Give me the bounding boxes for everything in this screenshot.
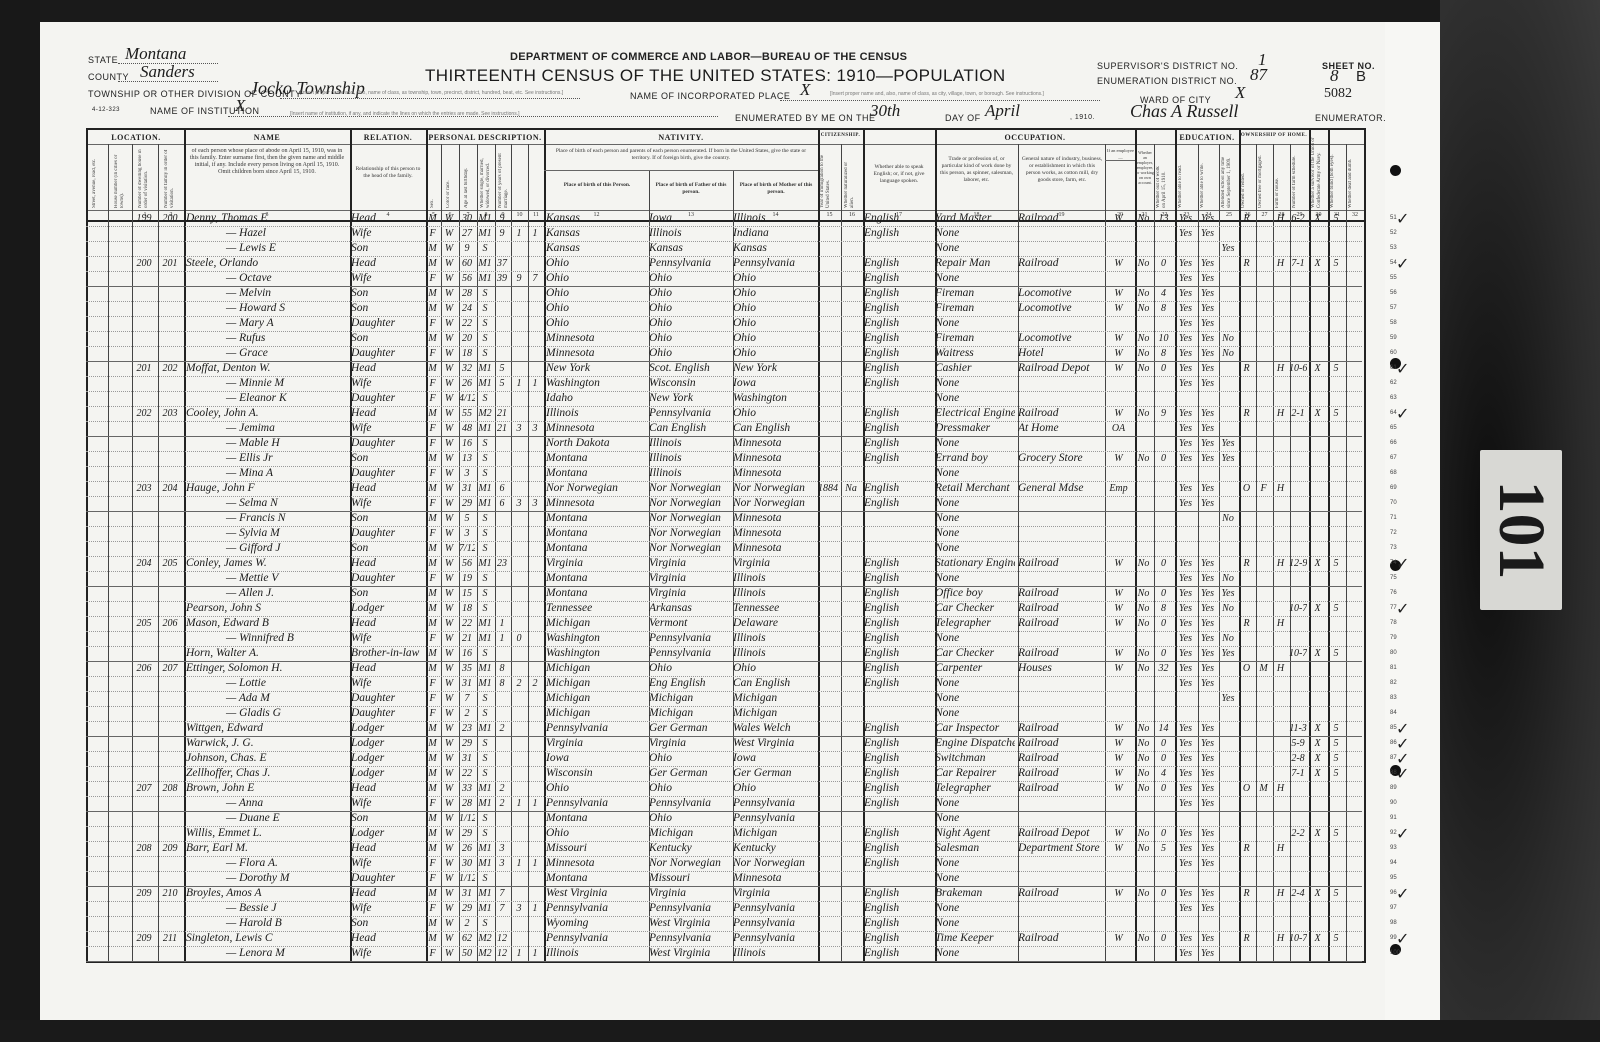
family-number (158, 601, 182, 616)
blind (1328, 421, 1344, 436)
farm-schedule (1289, 226, 1307, 241)
owned-rented (1239, 376, 1254, 391)
sex: F (426, 571, 439, 586)
person-name: Denny, Thomas E (186, 211, 348, 226)
out-of-work: No (1135, 616, 1152, 631)
can-read (1175, 706, 1196, 721)
birthplace-mother: New York (733, 361, 815, 376)
birthplace-father: Michigan (649, 826, 731, 841)
can-read (1175, 541, 1196, 556)
scan-border-bottom (0, 1020, 1600, 1042)
can-read: Yes (1175, 376, 1196, 391)
years-married: 1 (495, 631, 509, 646)
years-married: 2 (495, 796, 509, 811)
sheet-stamp: 5082 (1324, 86, 1352, 102)
trade: Car Repairer (935, 766, 1015, 781)
birthplace-person: Idaho (546, 391, 646, 406)
children-born: 0 (512, 631, 526, 646)
weeks-out (1154, 541, 1173, 556)
children-living (528, 736, 542, 751)
age: 9 (459, 241, 475, 256)
farm-schedule: 11-3 (1289, 721, 1307, 736)
birthplace-mother: Minnesota (733, 526, 815, 541)
sex: M (426, 481, 439, 496)
can-write: Yes (1198, 226, 1217, 241)
children-living: 1 (528, 901, 542, 916)
free-mortgaged (1256, 916, 1271, 931)
attended-school (1219, 406, 1237, 421)
birthplace-person: Virginia (546, 556, 646, 571)
veteran (1309, 871, 1326, 886)
veteran (1309, 271, 1326, 286)
children-born (512, 871, 526, 886)
birthplace-mother: Ohio (733, 301, 815, 316)
children-living: 2 (528, 676, 542, 691)
employer-status (1105, 526, 1132, 541)
line-number: 66 (1390, 440, 1397, 446)
dwelling-number (132, 721, 156, 736)
naturalization (841, 391, 861, 406)
naturalization (841, 316, 861, 331)
line-number: 90 (1390, 800, 1397, 806)
checkmark-icon: ✓ (1396, 554, 1409, 573)
owned-rented (1239, 601, 1254, 616)
free-mortgaged (1256, 751, 1271, 766)
sex: M (426, 826, 439, 841)
dwelling-number (132, 286, 156, 301)
trade: Car Inspector (935, 721, 1015, 736)
attended-school (1219, 316, 1237, 331)
can-read: Yes (1175, 781, 1196, 796)
marital-status: M1 (477, 211, 493, 226)
trade: None (935, 691, 1015, 706)
owned-rented (1239, 751, 1254, 766)
farm-schedule (1289, 391, 1307, 406)
line-number: 97 (1390, 905, 1397, 911)
can-read: Yes (1175, 841, 1196, 856)
marital-status: M1 (477, 361, 493, 376)
children-born (512, 811, 526, 826)
blind (1328, 586, 1344, 601)
can-read: Yes (1175, 751, 1196, 766)
sex: M (426, 286, 439, 301)
race: W (441, 331, 457, 346)
industry (1018, 676, 1102, 691)
sex: F (426, 631, 439, 646)
attended-school (1219, 946, 1237, 961)
institution-hint: [Insert name of institution, if any, and… (290, 111, 519, 117)
farm-house (1273, 676, 1288, 691)
can-read: Yes (1175, 721, 1196, 736)
age: 24 (459, 301, 475, 316)
sex: F (426, 676, 439, 691)
birthplace-father: Pennsylvania (649, 646, 731, 661)
relation: Wife (351, 421, 423, 436)
age: 62 (459, 931, 475, 946)
out-of-work (1135, 421, 1152, 436)
can-read (1175, 466, 1196, 481)
language (864, 526, 932, 541)
out-of-work: No (1135, 286, 1152, 301)
owned-rented: O (1239, 481, 1254, 496)
birthplace-father: Missouri (649, 871, 731, 886)
can-write: Yes (1198, 316, 1217, 331)
weeks-out (1154, 916, 1173, 931)
farm-schedule (1289, 901, 1307, 916)
farm-house (1273, 751, 1288, 766)
can-write: Yes (1198, 751, 1217, 766)
years-married (495, 706, 509, 721)
marital-status: S (477, 646, 493, 661)
free-mortgaged (1256, 436, 1271, 451)
children-born (512, 481, 526, 496)
children-living (528, 361, 542, 376)
can-read: Yes (1175, 766, 1196, 781)
veteran (1309, 421, 1326, 436)
children-born (512, 556, 526, 571)
employer-status: W (1105, 826, 1132, 841)
free-mortgaged (1256, 286, 1271, 301)
birthplace-father: Virginia (649, 556, 731, 571)
blind (1328, 631, 1344, 646)
naturalization (841, 211, 861, 226)
attended-school (1219, 781, 1237, 796)
free-mortgaged (1256, 676, 1271, 691)
children-born (512, 646, 526, 661)
blind (1328, 241, 1344, 256)
weeks-out (1154, 241, 1173, 256)
birthplace-person: Ohio (546, 781, 646, 796)
employer-status: W (1105, 751, 1132, 766)
attended-school: No (1219, 346, 1237, 361)
trade: None (935, 496, 1015, 511)
trade: Fireman (935, 286, 1015, 301)
age: 21 (459, 631, 475, 646)
children-living (528, 691, 542, 706)
veteran (1309, 511, 1326, 526)
table-row: 199200Denny, Thomas EHeadMW30M19KansasIo… (86, 211, 1366, 226)
farm-schedule: 10-7 (1289, 646, 1307, 661)
language: English (864, 796, 932, 811)
marital-status: S (477, 541, 493, 556)
birthplace-father: Kansas (649, 241, 731, 256)
free-mortgaged (1256, 691, 1271, 706)
children-born (512, 691, 526, 706)
birthplace-mother: Ohio (733, 271, 815, 286)
relation: Daughter (351, 316, 423, 331)
family-number (158, 346, 182, 361)
sex: M (426, 556, 439, 571)
blind (1328, 841, 1344, 856)
family-number (158, 946, 182, 961)
family-number (158, 871, 182, 886)
free-mortgaged (1256, 631, 1271, 646)
veteran: X (1309, 721, 1326, 736)
attended-school (1219, 826, 1237, 841)
birthplace-person: Missouri (546, 841, 646, 856)
immigration-year (817, 646, 839, 661)
family-number (158, 376, 182, 391)
naturalization (841, 601, 861, 616)
can-write (1198, 511, 1217, 526)
can-write: Yes (1198, 841, 1217, 856)
birthplace-person: Nor Norwegian (546, 481, 646, 496)
line-number: 67 (1390, 455, 1397, 461)
weeks-out (1154, 391, 1173, 406)
relation: Head (351, 781, 423, 796)
relation: Lodger (351, 721, 423, 736)
years-married: 23 (495, 556, 509, 571)
years-married: 12 (495, 931, 509, 946)
trade: Stationary Engineer (935, 556, 1015, 571)
group-location: LOCATION. (88, 133, 184, 142)
veteran: X (1309, 256, 1326, 271)
owned-rented (1239, 241, 1254, 256)
owned-rented (1239, 826, 1254, 841)
attended-school (1219, 301, 1237, 316)
relation: Wife (351, 856, 423, 871)
can-read: Yes (1175, 856, 1196, 871)
age: 23 (459, 721, 475, 736)
language: English (864, 376, 932, 391)
farm-house (1273, 796, 1288, 811)
state-value: Montana (125, 44, 186, 64)
line-number: 83 (1390, 695, 1397, 701)
owned-rented (1239, 316, 1254, 331)
birthplace-person: Pennsylvania (546, 931, 646, 946)
years-married (495, 301, 509, 316)
table-row: — Mary ADaughterFW22SOhioOhioOhioEnglish… (86, 316, 1366, 331)
can-read: Yes (1175, 436, 1196, 451)
language: English (864, 496, 932, 511)
age: 1/12 (459, 811, 475, 826)
weeks-out (1154, 796, 1173, 811)
naturalization: Na (841, 481, 861, 496)
if-employee-note: If an employee— (1107, 147, 1134, 159)
industry (1018, 316, 1102, 331)
relation: Daughter (351, 436, 423, 451)
years-married (495, 826, 509, 841)
enumeration-number: 87 (1250, 65, 1267, 85)
incorporated-line (780, 99, 1100, 101)
can-write: Yes (1198, 676, 1217, 691)
free-mortgaged (1256, 646, 1271, 661)
group-divider (88, 144, 1364, 145)
age: 31 (459, 676, 475, 691)
family-number (158, 811, 182, 826)
table-row: — GraceDaughterFW18SMinnesotaOhioOhioEng… (86, 346, 1366, 361)
out-of-work (1135, 706, 1152, 721)
naturalization (841, 931, 861, 946)
trade: Engine Dispatcher (935, 736, 1015, 751)
owned-rented (1239, 496, 1254, 511)
naturalization (841, 346, 861, 361)
weeks-out: 8 (1154, 301, 1173, 316)
language: English (864, 751, 932, 766)
sheet-side: B (1356, 68, 1366, 85)
employer-status (1105, 901, 1132, 916)
language: English (864, 316, 932, 331)
trade: Car Checker (935, 646, 1015, 661)
language: English (864, 421, 932, 436)
relation: Wife (351, 226, 423, 241)
language: English (864, 916, 932, 931)
relation: Lodger (351, 751, 423, 766)
farm-house (1273, 496, 1288, 511)
birthplace-person: Kansas (546, 211, 646, 226)
write-note: Whether able to write. (1200, 148, 1218, 208)
industry (1018, 526, 1102, 541)
owned-rented (1239, 796, 1254, 811)
family-number (158, 436, 182, 451)
relation: Son (351, 811, 423, 826)
children-born: 1 (512, 796, 526, 811)
industry (1018, 946, 1102, 961)
children-born (512, 781, 526, 796)
attended-school (1219, 676, 1237, 691)
birthplace-person: Montana (546, 571, 646, 586)
race: W (441, 481, 457, 496)
language: English (864, 256, 932, 271)
table-row: — Selma NWifeFW29M1633MinnesotaNor Norwe… (86, 496, 1366, 511)
years-married (495, 541, 509, 556)
group-personal: PERSONAL DESCRIPTION. (426, 133, 544, 142)
farm-house (1273, 736, 1288, 751)
children-living (528, 571, 542, 586)
relation: Daughter (351, 466, 423, 481)
family-number (158, 451, 182, 466)
naturalization (841, 751, 861, 766)
race: W (441, 496, 457, 511)
immigration-year (817, 601, 839, 616)
sex: M (426, 886, 439, 901)
language: English (864, 301, 932, 316)
dwelling-number (132, 436, 156, 451)
trade: None (935, 706, 1015, 721)
marital-status: S (477, 346, 493, 361)
weeks-out (1154, 946, 1173, 961)
can-write: Yes (1198, 631, 1217, 646)
table-row: Willis, Emmet L.LodgerMW29SOhioMichiganM… (86, 826, 1366, 841)
language: English (864, 481, 932, 496)
birthplace-person: Minnesota (546, 856, 646, 871)
naturalization (841, 646, 861, 661)
language: English (864, 721, 932, 736)
table-row: — Ellis JrSonMW13SMontanaIllinoisMinneso… (86, 451, 1366, 466)
farm-house: H (1273, 556, 1288, 571)
age: 1/12 (459, 871, 475, 886)
weeks-out (1154, 316, 1173, 331)
children-living (528, 286, 542, 301)
can-write (1198, 916, 1217, 931)
blind (1328, 496, 1344, 511)
naturalization (841, 571, 861, 586)
out-of-work (1135, 916, 1152, 931)
children-living (528, 721, 542, 736)
years-married: 5 (495, 361, 509, 376)
attended-school (1219, 526, 1237, 541)
person-name: Pearson, John S (186, 601, 348, 616)
trade: Fireman (935, 331, 1015, 346)
blind: 5 (1328, 751, 1344, 766)
weeks-out: 0 (1154, 361, 1173, 376)
free-note: Owned free or mortgaged. (1258, 148, 1272, 208)
industry (1018, 631, 1102, 646)
naturalization (841, 496, 861, 511)
blind: 5 (1328, 886, 1344, 901)
marital-note: Whether single, married, widowed, or div… (480, 150, 492, 208)
farm-schedule: 12-9 (1289, 556, 1307, 571)
line-number: 79 (1390, 635, 1397, 641)
birthplace-father: Pennsylvania (649, 631, 731, 646)
person-name: Brown, John E (186, 781, 348, 796)
attended-school: No (1219, 601, 1237, 616)
children-born (512, 526, 526, 541)
table-row: 209210Broyles, Amos AHeadMW31M17West Vir… (86, 886, 1366, 901)
marital-status: M1 (477, 631, 493, 646)
dwelling-number (132, 571, 156, 586)
can-read: Yes (1175, 646, 1196, 661)
sex: M (426, 661, 439, 676)
can-read: Yes (1175, 586, 1196, 601)
employer-status (1105, 241, 1132, 256)
relation: Head (351, 931, 423, 946)
attended-school (1219, 466, 1237, 481)
children-born: 1 (512, 856, 526, 871)
industry (1018, 901, 1102, 916)
veteran (1309, 226, 1326, 241)
blind (1328, 391, 1344, 406)
marital-status: S (477, 586, 493, 601)
weeks-out (1154, 271, 1173, 286)
years-married: 6 (495, 496, 509, 511)
employer-status: Emp (1105, 481, 1132, 496)
dwelling-number (132, 526, 156, 541)
age: 7/12 (459, 541, 475, 556)
weeks-out (1154, 631, 1173, 646)
industry: Railroad Depot (1018, 361, 1102, 376)
language (864, 691, 932, 706)
race: W (441, 256, 457, 271)
owned-rented (1239, 871, 1254, 886)
attended-school (1219, 796, 1237, 811)
employer-status (1105, 856, 1132, 871)
street-note: Street, avenue, road, etc. (92, 148, 106, 208)
age: 2 (459, 916, 475, 931)
years-married (495, 916, 509, 931)
owned-rented: R (1239, 616, 1254, 631)
birthplace-person: New York (546, 361, 646, 376)
birthplace-person: Pennsylvania (546, 721, 646, 736)
race: W (441, 841, 457, 856)
birthplace-father: Nor Norwegian (649, 511, 731, 526)
table-row: 201202Moffat, Denton W.HeadMW32M15New Yo… (86, 361, 1366, 376)
blind (1328, 856, 1344, 871)
years-married: 3 (495, 841, 509, 856)
free-mortgaged (1256, 721, 1271, 736)
blind (1328, 526, 1344, 541)
dwelling-number: 202 (132, 406, 156, 421)
family-number: 203 (158, 406, 182, 421)
family-number (158, 691, 182, 706)
race: W (441, 631, 457, 646)
owned-rented (1239, 421, 1254, 436)
birthplace-mother: Can English (733, 421, 815, 436)
marital-status: S (477, 466, 493, 481)
can-write: Yes (1198, 211, 1217, 226)
industry: Hotel (1018, 346, 1102, 361)
children-born: 1 (512, 946, 526, 961)
